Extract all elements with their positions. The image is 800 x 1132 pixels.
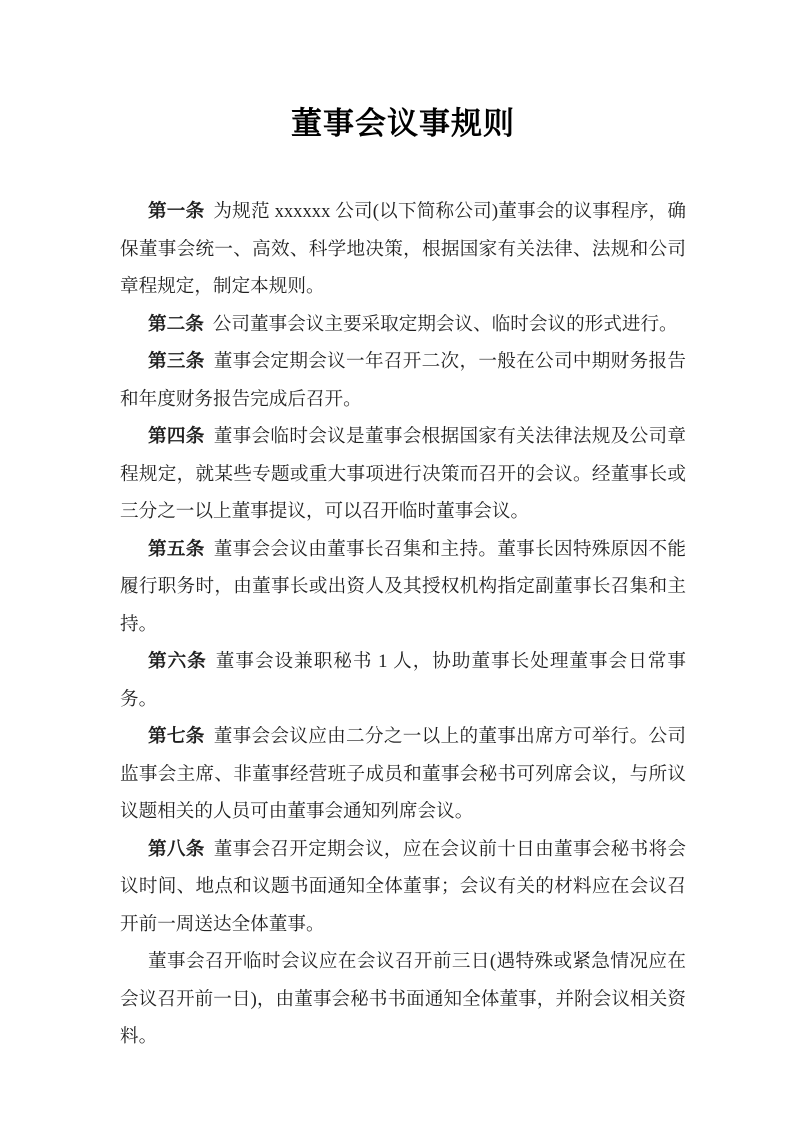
article-paragraph-2: 第二条公司董事会议主要采取定期会议、临时会议的形式进行。 bbox=[120, 306, 686, 344]
article-number: 第六条 bbox=[148, 651, 207, 672]
article-paragraph-9: 董事会召开临时会议应在会议召开前三日(遇特殊或紧急情况应在会议召开前一日)，由董… bbox=[120, 943, 686, 1056]
article-text: 为规范 xxxxxx 公司(以下简称公司)董事会的议事程序，确保董事会统一、高效… bbox=[120, 201, 686, 297]
article-number: 第三条 bbox=[148, 351, 205, 372]
article-number: 第四条 bbox=[148, 426, 205, 447]
article-paragraph-7: 第七条董事会会议应由二分之一以上的董事出席方可举行。公司监事会主席、非董事经营班… bbox=[120, 718, 686, 831]
document-page: 董事会议事规则 第一条为规范 xxxxxx 公司(以下简称公司)董事会的议事程序… bbox=[0, 0, 800, 1132]
document-body: 第一条为规范 xxxxxx 公司(以下简称公司)董事会的议事程序，确保董事会统一… bbox=[120, 193, 686, 1056]
article-paragraph-8: 第八条董事会召开定期会议，应在会议前十日由董事会秘书将会议时间、地点和议题书面通… bbox=[120, 831, 686, 944]
article-text: 董事会召开临时会议应在会议召开前三日(遇特殊或紧急情况应在会议召开前一日)，由董… bbox=[120, 951, 686, 1047]
document-title: 董事会议事规则 bbox=[120, 102, 686, 146]
article-paragraph-6: 第六条董事会设兼职秘书 1 人，协助董事长处理董事会日常事务。 bbox=[120, 643, 686, 718]
article-number: 第八条 bbox=[148, 839, 205, 860]
article-paragraph-4: 第四条董事会临时会议是董事会根据国家有关法律法规及公司章程规定，就某些专题或重大… bbox=[120, 418, 686, 531]
article-paragraph-1: 第一条为规范 xxxxxx 公司(以下简称公司)董事会的议事程序，确保董事会统一… bbox=[120, 193, 686, 306]
article-number: 第一条 bbox=[148, 201, 204, 222]
article-number: 第二条 bbox=[148, 314, 204, 335]
article-paragraph-5: 第五条董事会会议由董事长召集和主持。董事长因特殊原因不能履行职务时，由董事长或出… bbox=[120, 531, 686, 644]
article-number: 第五条 bbox=[148, 539, 205, 560]
article-paragraph-3: 第三条董事会定期会议一年召开二次，一般在公司中期财务报告和年度财务报告完成后召开… bbox=[120, 343, 686, 418]
article-number: 第七条 bbox=[148, 726, 205, 747]
article-text: 公司董事会议主要采取定期会议、临时会议的形式进行。 bbox=[213, 314, 678, 335]
